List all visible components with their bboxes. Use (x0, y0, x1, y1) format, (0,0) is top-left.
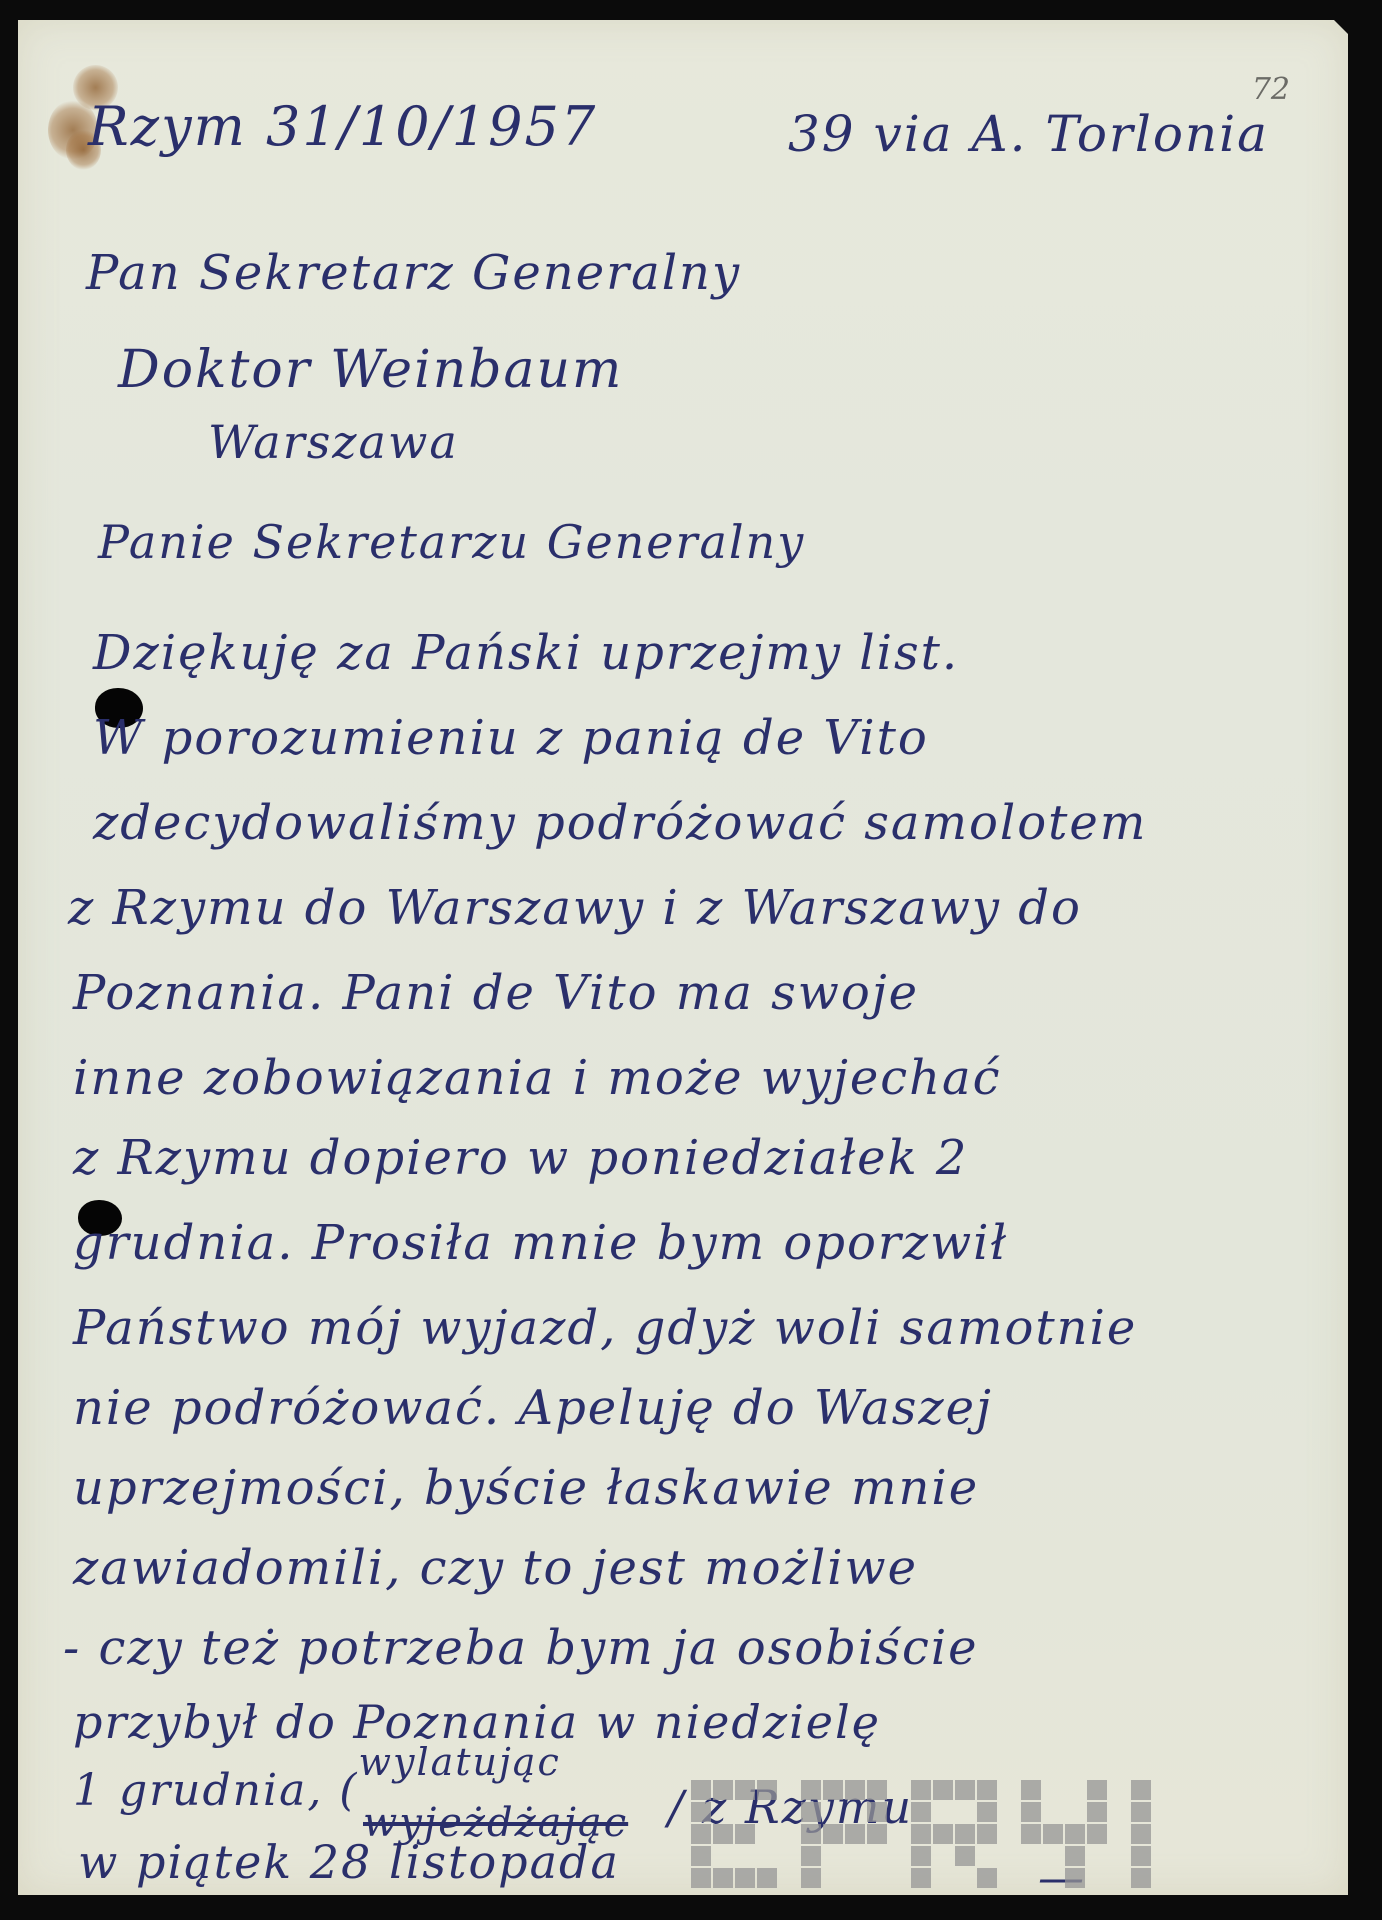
watermark-cell (691, 1868, 711, 1888)
watermark-cell (889, 1824, 909, 1844)
watermark-cell (691, 1780, 711, 1800)
watermark-cell (955, 1846, 975, 1866)
watermark-cell (1043, 1824, 1063, 1844)
watermark-cell (955, 1824, 975, 1844)
watermark-cell (889, 1802, 909, 1822)
watermark-cell (1109, 1824, 1129, 1844)
watermark-cell (845, 1802, 865, 1822)
body-line: - czy też potrzeba bym ja osobiście (63, 1620, 979, 1676)
watermark-cell (1043, 1780, 1063, 1800)
recipient-title: Pan Sekretarz Generalny (86, 245, 741, 301)
watermark-cell (1043, 1802, 1063, 1822)
watermark-cell (911, 1802, 931, 1822)
watermark-cell (1021, 1868, 1041, 1888)
body-line: z Rzymu dopiero w poniedziałek 2 (73, 1130, 968, 1186)
watermark-cell (977, 1802, 997, 1822)
watermark-cell (823, 1868, 843, 1888)
watermark-cell (1109, 1846, 1129, 1866)
watermark-cell (779, 1868, 799, 1888)
watermark-cell (735, 1802, 755, 1822)
watermark-cell (735, 1824, 755, 1844)
watermark-cell (911, 1868, 931, 1888)
body-line: nie podróżować. Apeluję do Waszej (73, 1380, 993, 1436)
body-line: grudnia. Prosiła mnie bym oporzwił (73, 1215, 1008, 1271)
watermark-cell (933, 1780, 953, 1800)
place-date: Rzym 31/10/1957 (88, 95, 597, 158)
body-line: z Rzymu do Warszawy i z Warszawy do (68, 880, 1082, 936)
watermark-cell (977, 1846, 997, 1866)
watermark-cell (955, 1868, 975, 1888)
watermark-cell (1087, 1802, 1107, 1822)
watermark-cell (713, 1846, 733, 1866)
watermark-cell (801, 1824, 821, 1844)
watermark-cell (801, 1780, 821, 1800)
watermark-cell (867, 1846, 887, 1866)
watermark-cell (779, 1846, 799, 1866)
watermark-cell (757, 1824, 777, 1844)
watermark-cell (933, 1868, 953, 1888)
recipient-name: Doktor Weinbaum (118, 340, 623, 400)
watermark-cell (801, 1868, 821, 1888)
watermark-cell (845, 1868, 865, 1888)
watermark-cell (757, 1868, 777, 1888)
watermark-cell (867, 1780, 887, 1800)
watermark-cell (889, 1846, 909, 1866)
watermark-cell (977, 1824, 997, 1844)
watermark-cell (1087, 1824, 1107, 1844)
watermark-cell (1065, 1868, 1085, 1888)
watermark-cell (757, 1802, 777, 1822)
watermark-cell (823, 1780, 843, 1800)
watermark-cell (1043, 1868, 1063, 1888)
watermark-cell (911, 1780, 931, 1800)
watermark-cell (1065, 1780, 1085, 1800)
watermark-cell (1109, 1780, 1129, 1800)
watermark-cell (1043, 1846, 1063, 1866)
watermark-cell (1131, 1868, 1151, 1888)
body-line-final: w piątek 28 listopada (78, 1835, 620, 1889)
watermark-cell (845, 1780, 865, 1800)
watermark-cell (999, 1824, 1019, 1844)
watermark-cell (867, 1824, 887, 1844)
paper-corner (1334, 20, 1348, 34)
watermark-cell (823, 1846, 843, 1866)
recipient-city: Warszawa (208, 415, 459, 469)
sender-address: 39 via A. Torlonia (788, 105, 1269, 163)
watermark-cell (1065, 1846, 1085, 1866)
body-line: zdecydowaliśmy podróżować samolotem (93, 795, 1147, 851)
watermark-cell (1131, 1824, 1151, 1844)
watermark-cell (757, 1846, 777, 1866)
body-line: W porozumieniu z panią de Vito (93, 710, 929, 766)
watermark-cell (1021, 1846, 1041, 1866)
watermark-cell (1109, 1868, 1129, 1888)
body-line: Poznania. Pani de Vito ma swoje (73, 965, 919, 1021)
watermark-cell (933, 1802, 953, 1822)
body-line: Państwo mój wyjazd, gdyż woli samotnie (73, 1300, 1137, 1356)
watermark-cell (1021, 1780, 1041, 1800)
watermark-cell (845, 1824, 865, 1844)
watermark-cell (867, 1868, 887, 1888)
watermark-cell (977, 1868, 997, 1888)
watermark-cell (999, 1780, 1019, 1800)
salutation: Panie Sekretarzu Generalny (98, 515, 805, 569)
watermark-cell (889, 1780, 909, 1800)
watermark-cell (1065, 1802, 1085, 1822)
letter-page: 72 Rzym 31/10/1957 39 via A. Torlonia Pa… (18, 20, 1348, 1895)
watermark-cell (713, 1824, 733, 1844)
watermark-cell (735, 1846, 755, 1866)
watermark-cell (1087, 1868, 1107, 1888)
body-line: uprzejmości, byście łaskawie mnie (73, 1460, 979, 1516)
watermark-cell (779, 1802, 799, 1822)
watermark-cell (779, 1824, 799, 1844)
watermark-cell (999, 1846, 1019, 1866)
watermark-cell (823, 1824, 843, 1844)
watermark-cell (889, 1868, 909, 1888)
watermark-cell (1021, 1824, 1041, 1844)
watermark-cell (1131, 1802, 1151, 1822)
watermark-cell (1087, 1780, 1107, 1800)
watermark-cell (1131, 1780, 1151, 1800)
watermark-cell (867, 1802, 887, 1822)
watermark-cell (955, 1802, 975, 1822)
archive-number: 72 (1252, 72, 1290, 107)
watermark-cell (1065, 1824, 1085, 1844)
watermark-cell (779, 1780, 799, 1800)
watermark-cell (1021, 1802, 1041, 1822)
watermark-cell (1131, 1846, 1151, 1866)
inserted-word: wylatując (358, 1740, 560, 1784)
body-line: Dziękuję za Pański uprzejmy list. (93, 625, 959, 681)
archive-watermark (691, 1780, 1151, 1888)
watermark-cell (999, 1868, 1019, 1888)
watermark-cell (801, 1802, 821, 1822)
watermark-cell (933, 1846, 953, 1866)
watermark-cell (911, 1846, 931, 1866)
watermark-cell (691, 1846, 711, 1866)
body-line: zawiadomili, czy to jest możliwe (73, 1540, 918, 1596)
watermark-cell (691, 1802, 711, 1822)
watermark-cell (933, 1824, 953, 1844)
watermark-cell (1087, 1846, 1107, 1866)
watermark-cell (713, 1802, 733, 1822)
watermark-cell (713, 1868, 733, 1888)
watermark-cell (801, 1846, 821, 1866)
watermark-cell (735, 1868, 755, 1888)
watermark-cell (823, 1802, 843, 1822)
date-day: 1 grudnia, ( (73, 1765, 358, 1816)
watermark-cell (845, 1846, 865, 1866)
watermark-cell (1109, 1802, 1129, 1822)
watermark-cell (999, 1802, 1019, 1822)
watermark-cell (735, 1780, 755, 1800)
watermark-cell (757, 1780, 777, 1800)
body-line: inne zobowiązania i może wyjechać (73, 1050, 1002, 1106)
watermark-cell (911, 1824, 931, 1844)
watermark-cell (713, 1780, 733, 1800)
watermark-cell (955, 1780, 975, 1800)
watermark-cell (977, 1780, 997, 1800)
watermark-cell (691, 1824, 711, 1844)
